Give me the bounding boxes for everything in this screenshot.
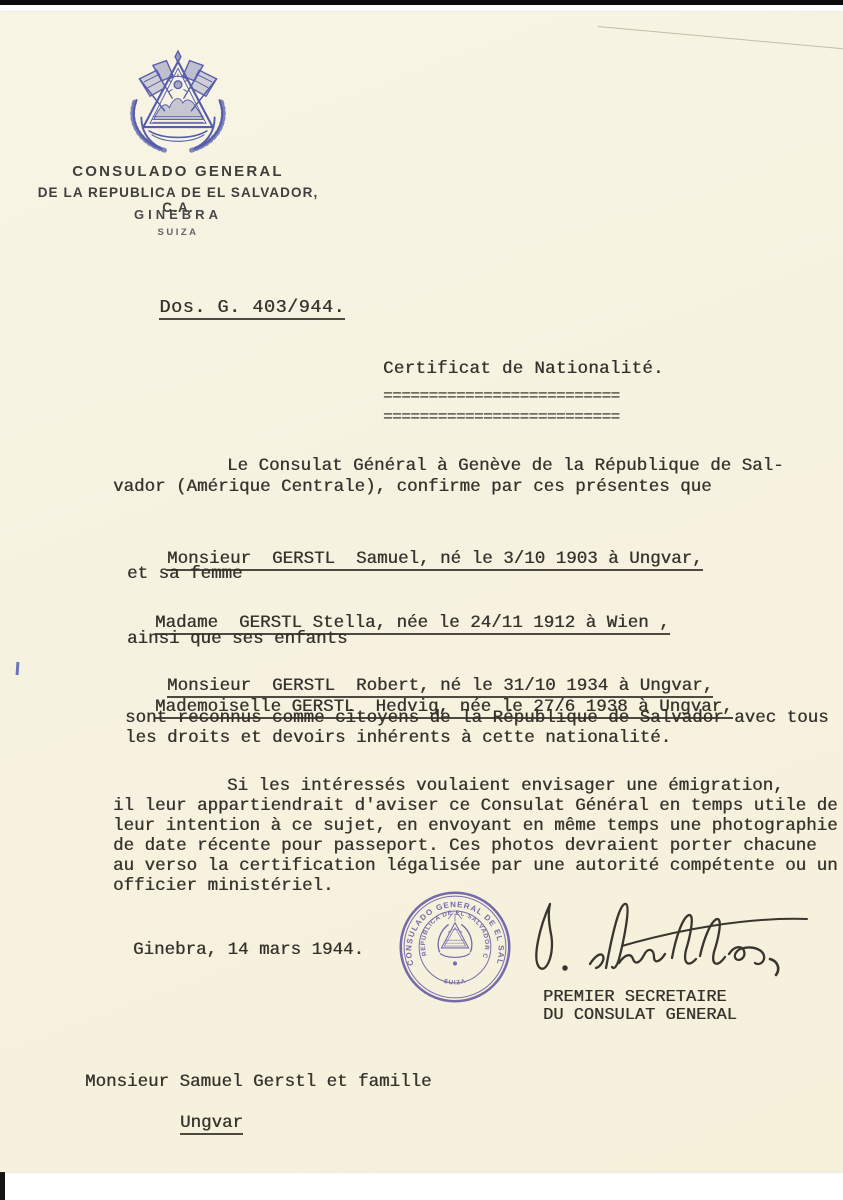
letterhead-country: SUIZA xyxy=(27,227,329,238)
body-paragraph3-line1: Si les intéressés voulaient envisager un… xyxy=(227,776,784,797)
body-paragraph3-line2: il leur appartiendrait d'aviser ce Consu… xyxy=(113,796,838,817)
body-paragraph3-line5: au verso la certification légalisée par … xyxy=(113,856,838,877)
scanner-edge-top xyxy=(0,0,843,5)
scanned-certificate-document: CONSULADO GENERAL DE LA REPUBLICA DE EL … xyxy=(0,0,843,1200)
subject-line-samuel: Monsieur GERSTL Samuel, né le 3/10 1903 … xyxy=(167,549,703,571)
dossier-reference-number: Dos. G. 403/944. xyxy=(159,297,345,320)
body-paragraph2-line1: sont reconnus comme citoyens de la Répub… xyxy=(125,708,829,729)
paper-fold-crease xyxy=(598,26,843,50)
recipient-city: Ungvar xyxy=(180,1113,243,1135)
consulate-round-seal-icon: CONSULADO GENERAL DE EL SALVADOR EN GINE… xyxy=(392,884,518,1010)
letterhead-consulate-name: CONSULADO GENERAL xyxy=(27,163,329,180)
svg-text:-SUIZA-: -SUIZA- xyxy=(440,977,470,987)
body-paragraph3-line6: officier ministériel. xyxy=(113,876,334,897)
recipient-name: Monsieur Samuel Gerstl et famille xyxy=(85,1072,432,1093)
certificate-title: Certificat de Nationalité. xyxy=(383,359,664,380)
body-paragraph3-line3: leur intention à ce sujet, en envoyant e… xyxy=(113,816,838,837)
connector-et-sa-femme: et sa femme xyxy=(127,564,243,585)
first-secretary-signature-icon xyxy=(502,888,824,996)
letterhead-city: GINEBRA xyxy=(27,207,329,222)
blue-pen-margin-mark xyxy=(16,662,20,675)
body-paragraph1-line2: vador (Amérique Centrale), confirme par … xyxy=(113,477,712,498)
body-paragraph2-line2: les droits et devoirs inhérents à cette … xyxy=(125,728,671,749)
body-paragraph1-line1: Le Consulat Général à Genève de la Répub… xyxy=(227,456,784,477)
body-paragraph3-line4: de date récente pour passeport. Ces phot… xyxy=(113,836,817,857)
el-salvador-coat-of-arms-icon xyxy=(120,50,236,156)
connector-enfants: ainsi que ses enfants xyxy=(127,629,348,650)
title-double-underline: ========================== =============… xyxy=(383,379,620,435)
seal-bottom-text: -SUIZA- xyxy=(440,977,470,987)
dateline: Ginebra, 14 mars 1944. xyxy=(133,940,364,961)
signer-title-line2: DU CONSULAT GENERAL xyxy=(543,1005,737,1026)
